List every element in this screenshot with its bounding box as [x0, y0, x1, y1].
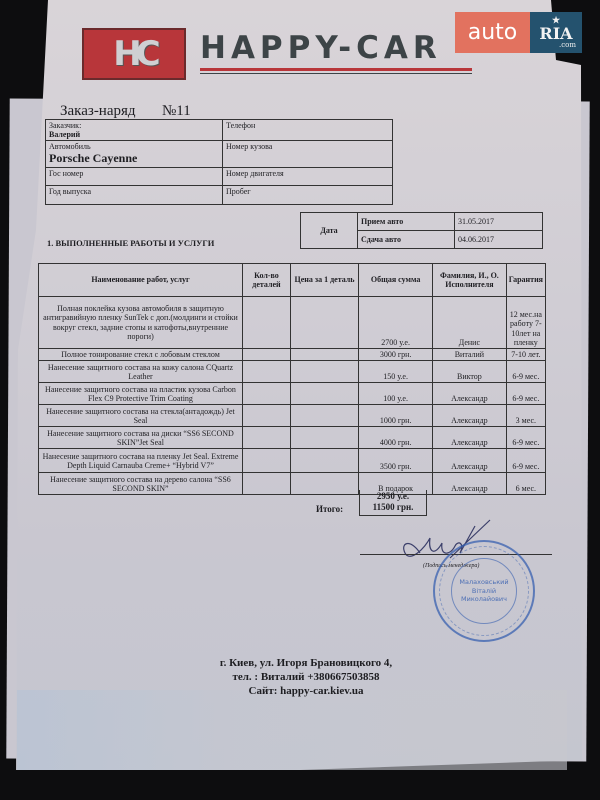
- works-table: Наименование работ, услуг Кол-во деталей…: [38, 263, 546, 495]
- total-label: Итого:: [316, 504, 343, 514]
- phone-label: Телефон: [223, 120, 393, 141]
- received-label: Прием авто: [358, 213, 455, 231]
- customer-cell: Заказчик: Валерий: [46, 120, 223, 141]
- customer-value: Валерий: [49, 130, 219, 139]
- car-label: Автомобиль: [49, 142, 91, 151]
- year-label: Год выпуска: [46, 186, 223, 205]
- watermark-auto: auto: [455, 12, 530, 53]
- work-qty: [242, 427, 290, 449]
- autoria-watermark: auto ★ RIA .com: [455, 12, 582, 53]
- car-cell: Автомобиль Porsche Cayenne: [46, 141, 223, 168]
- date-label: Дата: [301, 213, 358, 249]
- work-executor: Денис: [433, 297, 507, 349]
- work-sum: 100 у.е.: [359, 383, 433, 405]
- stamp-ring: [439, 546, 529, 636]
- work-sum: 3000 грн.: [359, 349, 433, 361]
- col-name: Наименование работ, услуг: [39, 264, 243, 297]
- work-sum: 2700 у.е.: [359, 297, 433, 349]
- work-warranty: 6-9 мес.: [506, 383, 545, 405]
- work-warranty: 6 мес.: [506, 473, 545, 495]
- work-price: [290, 473, 358, 495]
- work-price: [290, 449, 358, 473]
- work-qty: [242, 473, 290, 495]
- work-warranty: 3 мес.: [506, 405, 545, 427]
- work-qty: [242, 449, 290, 473]
- work-sum: 3500 грн.: [359, 449, 433, 473]
- watermark-domain: .com: [559, 42, 576, 49]
- customer-label: Заказчик:: [49, 121, 81, 130]
- footer-site: Сайт: happy-car.kiev.ua: [180, 684, 432, 698]
- footer-address: г. Киев, ул. Игоря Брановицкого 4,: [180, 656, 432, 670]
- work-sum: 4000 грн.: [359, 427, 433, 449]
- work-sum: 150 у.е.: [359, 361, 433, 383]
- col-qty: Кол-во деталей: [242, 264, 290, 297]
- work-row: Нанесение защитного состава на пленку Je…: [39, 449, 546, 473]
- company-contacts: г. Киев, ул. Игоря Брановицкого 4, тел. …: [180, 656, 432, 698]
- work-row: Полное тонирование стекл с лобовым стекл…: [39, 349, 546, 361]
- order-number: №11: [162, 103, 191, 120]
- work-price: [290, 383, 358, 405]
- work-executor: Виталий: [433, 349, 507, 361]
- work-qty: [242, 349, 290, 361]
- work-qty: [242, 297, 290, 349]
- plate-label: Гос номер: [46, 168, 223, 186]
- body-number-label: Номер кузова: [223, 141, 393, 168]
- col-warranty: Гарантия: [506, 264, 545, 297]
- footer-phone: тел. : Виталий +380667503858: [180, 670, 432, 684]
- delivered-label: Сдача авто: [358, 231, 455, 249]
- work-qty: [242, 361, 290, 383]
- work-warranty: 7-10 лет.: [506, 349, 545, 361]
- work-executor: Александр: [433, 473, 507, 495]
- work-qty: [242, 405, 290, 427]
- work-executor: Виктор: [433, 361, 507, 383]
- section-title: 1. ВЫПОЛНЕННЫЕ РАБОТЫ И УСЛУГИ: [47, 238, 214, 248]
- work-warranty: 12 мес.на работу 7-10лет на пленку: [506, 297, 545, 349]
- company-logo: HC: [82, 28, 186, 80]
- work-price: [290, 297, 358, 349]
- total-box: 2950 у.е. 11500 грн.: [359, 490, 427, 516]
- work-executor: Александр: [433, 405, 507, 427]
- work-row: Нанесение защитного состава на кожу сало…: [39, 361, 546, 383]
- work-executor: Александр: [433, 427, 507, 449]
- work-price: [290, 349, 358, 361]
- watermark-ria: ★ RIA .com: [530, 12, 582, 53]
- work-row: Полная поклейка кузова автомобиля в защи…: [39, 297, 546, 349]
- work-row: Нанесение защитного состава на пластик к…: [39, 383, 546, 405]
- work-sum: 1000 грн.: [359, 405, 433, 427]
- work-row: Нанесение защитного состава на дерево са…: [39, 473, 546, 495]
- dates-table: Дата Прием авто 31.05.2017 Сдача авто 04…: [300, 212, 543, 249]
- col-executor: Фамилия, И., О. Исполнителя: [433, 264, 507, 297]
- work-name: Нанесение защитного состава на стекла(ан…: [39, 405, 243, 427]
- work-price: [290, 427, 358, 449]
- col-sum: Общая сумма: [359, 264, 433, 297]
- vehicle-info-table: Заказчик: Валерий Телефон Автомобиль Por…: [45, 119, 393, 205]
- work-name: Нанесение защитного состава на дерево са…: [39, 473, 243, 495]
- work-price: [290, 405, 358, 427]
- received-date: 31.05.2017: [455, 213, 543, 231]
- work-name: Нанесение защитного состава на кожу сало…: [39, 361, 243, 383]
- works-header-row: Наименование работ, услуг Кол-во деталей…: [39, 264, 546, 297]
- work-row: Нанесение защитного состава на стекла(ан…: [39, 405, 546, 427]
- brand-name: HAPPY-CAR: [200, 30, 442, 66]
- total-uah: 11500 грн.: [360, 502, 426, 513]
- delivered-date: 04.06.2017: [455, 231, 543, 249]
- work-name: Нанесение защитного состава на пленку Je…: [39, 449, 243, 473]
- car-value: Porsche Cayenne: [49, 151, 219, 166]
- work-row: Нанесение защитного состава на диски “SS…: [39, 427, 546, 449]
- company-stamp: Малаховський Віталій Миколайович: [433, 540, 535, 642]
- work-warranty: 6-9 мес.: [506, 449, 545, 473]
- work-executor: Александр: [433, 383, 507, 405]
- work-name: Нанесение защитного состава на пластик к…: [39, 383, 243, 405]
- order-title: Заказ-наряд: [60, 103, 136, 120]
- work-name: Полная поклейка кузова автомобиля в защи…: [39, 297, 243, 349]
- col-price: Цена за 1 деталь: [290, 264, 358, 297]
- brand-underline-red: [200, 68, 472, 71]
- work-qty: [242, 383, 290, 405]
- work-warranty: 6-9 мес.: [506, 427, 545, 449]
- total-usd: 2950 у.е.: [360, 491, 426, 502]
- work-warranty: 6-9 мес.: [506, 361, 545, 383]
- watermark-ria-text: RIA: [539, 26, 572, 42]
- work-price: [290, 361, 358, 383]
- paper-shadow: [17, 690, 567, 770]
- mileage-label: Пробег: [223, 186, 393, 205]
- work-name: Полное тонирование стекл с лобовым стекл…: [39, 349, 243, 361]
- logo-mark: HC: [113, 34, 154, 74]
- engine-number-label: Номер двигателя: [223, 168, 393, 186]
- brand-underline-gray: [200, 73, 472, 74]
- work-name: Нанесение защитного состава на диски “SS…: [39, 427, 243, 449]
- work-executor: Александр: [433, 449, 507, 473]
